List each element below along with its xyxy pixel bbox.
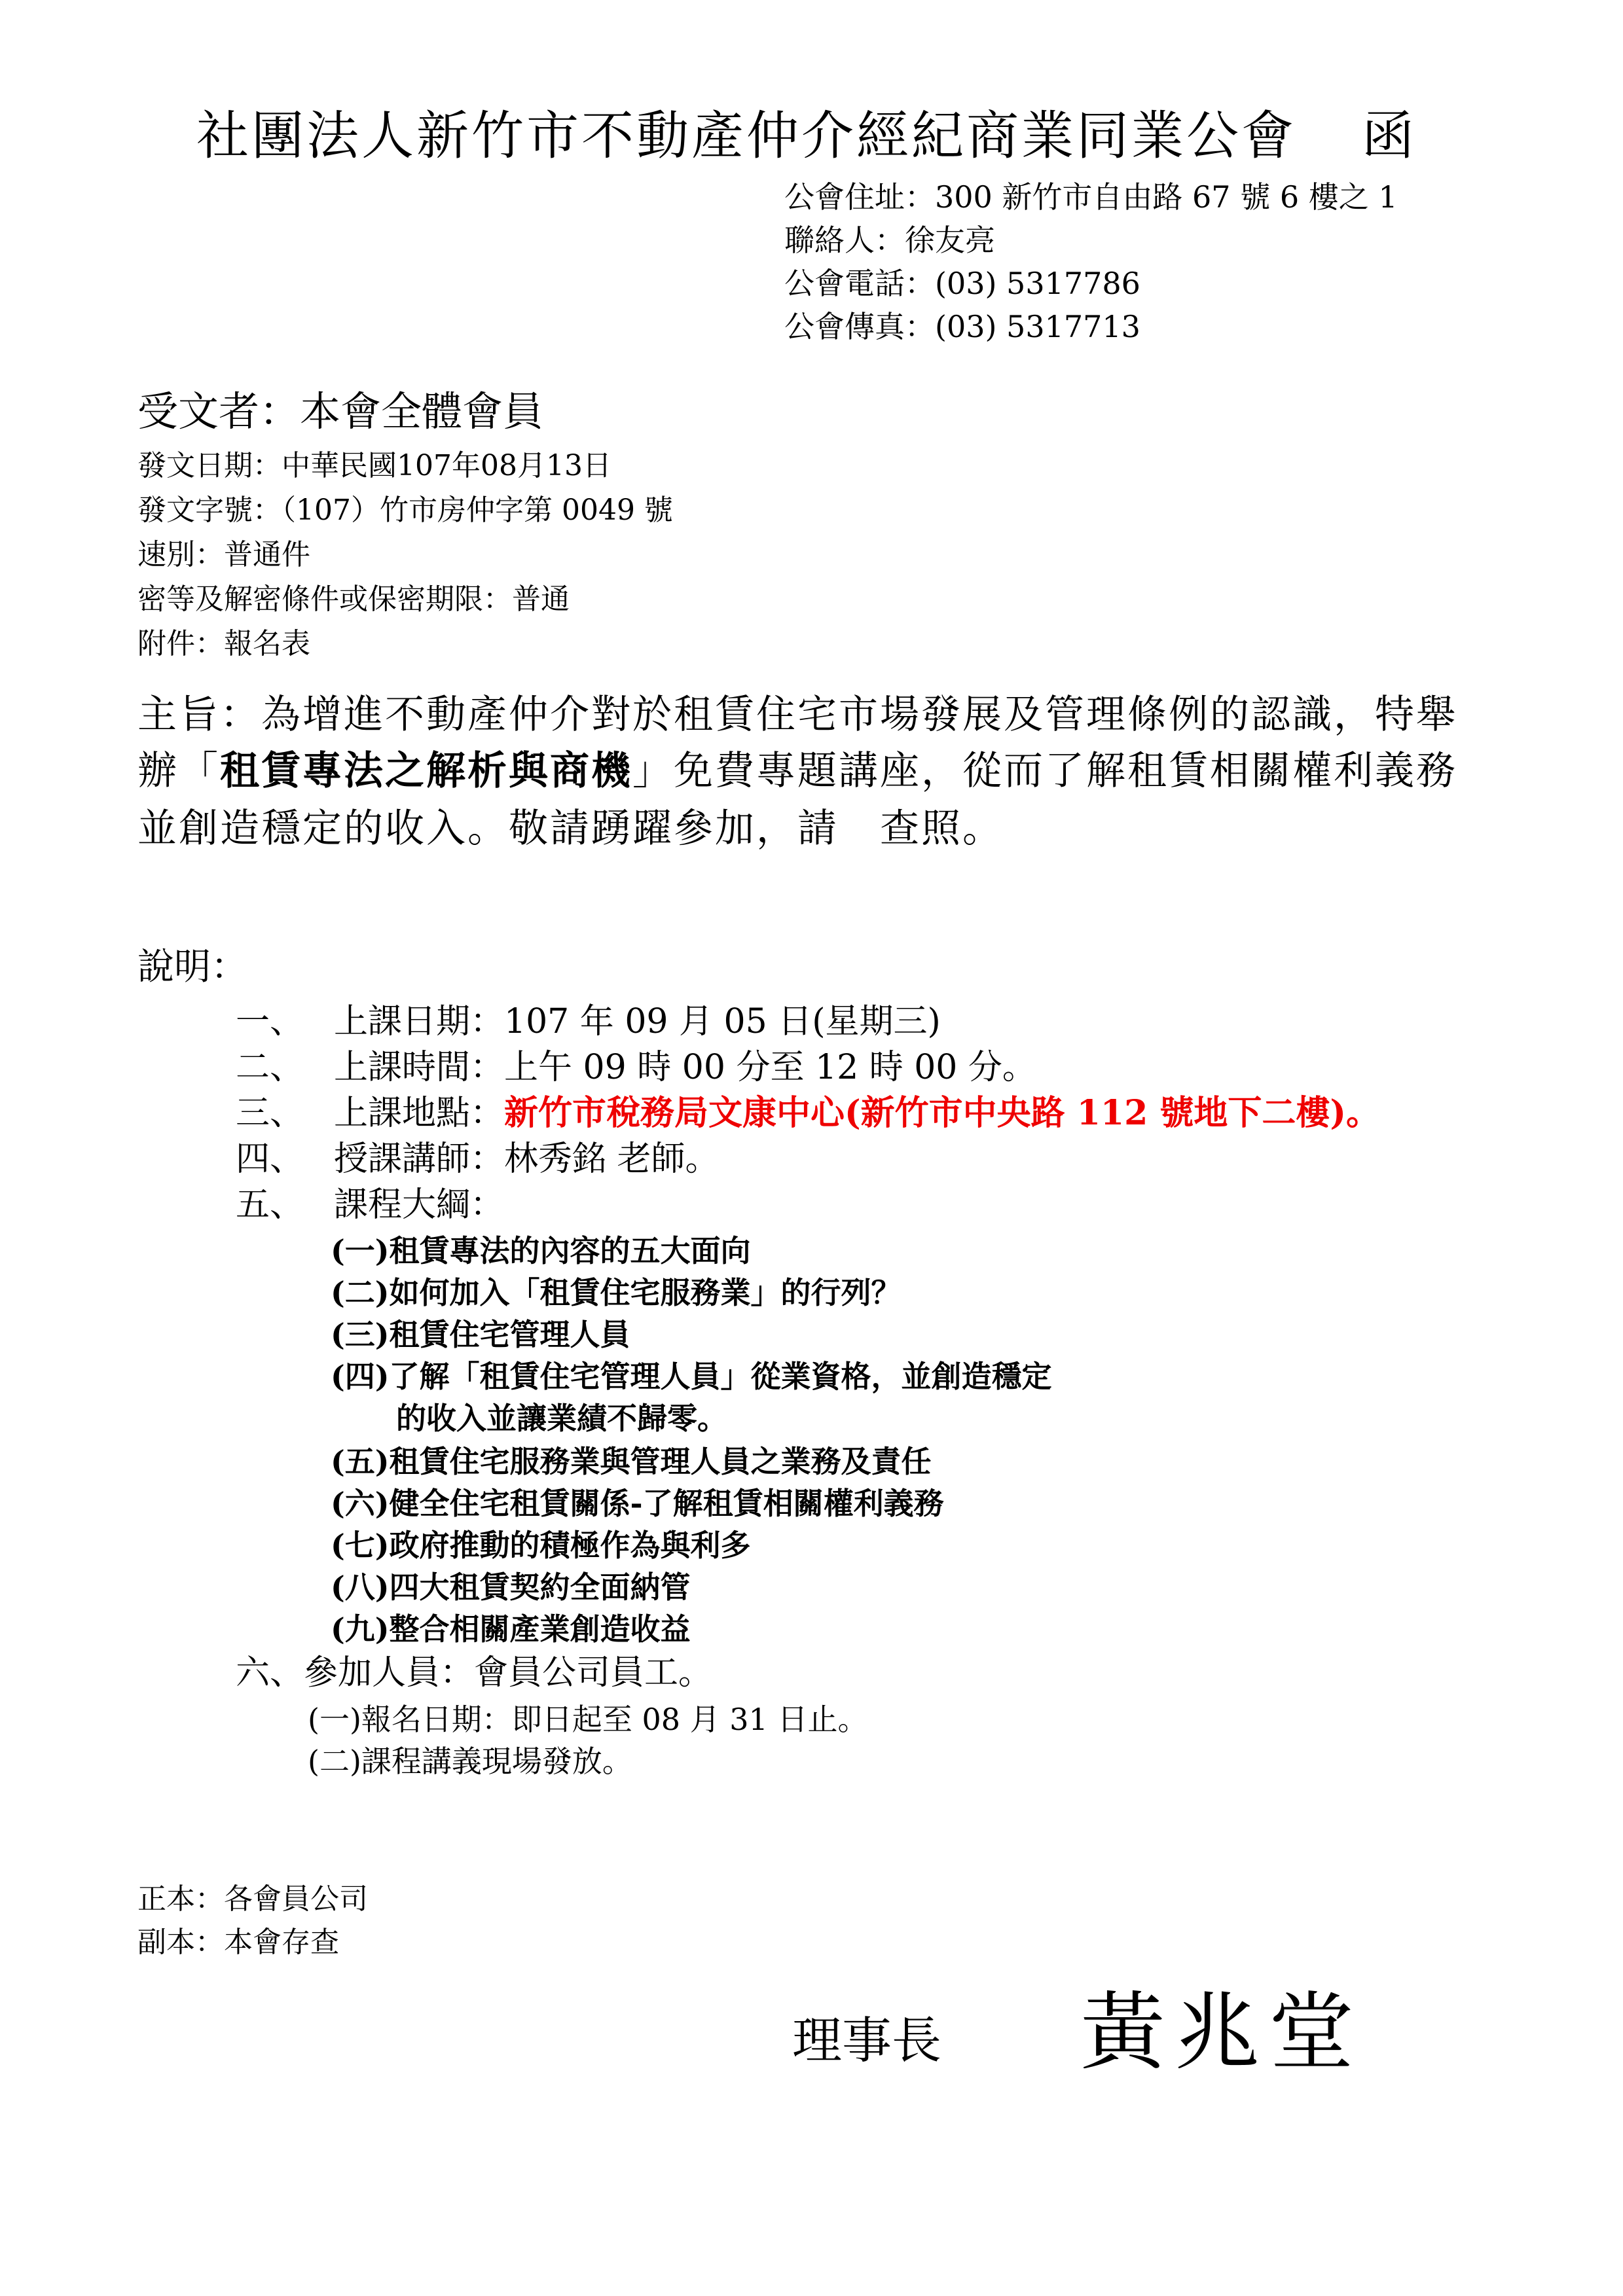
contact-fax: 公會傳真：(03) 5317713 [784,312,1140,342]
doc-type: 函 [1362,105,1417,166]
item-date: 一、上課日期：107 年 09 月 05 日(星期三) [236,1005,941,1039]
outline-item: (二)如何加入「租賃住宅服務業」的行列？ [331,1278,902,1308]
item-label: 上課時間： [334,1048,504,1087]
location-highlight: 新竹市稅務局文康中心(新竹市中央路 112 號地下二樓)。 [504,1093,1380,1133]
contact-person: 聯絡人：徐友亮 [784,225,995,255]
document-number: 發文字號：（107）竹市房仲字第 0049 號 [137,496,673,525]
signatory-title: 理事長 [792,2016,941,2066]
outline-item: (六)健全住宅租賃關係-了解租賃相關權利義務 [331,1488,944,1518]
outline-item: (五)租賃住宅服務業與管理人員之業務及責任 [331,1446,932,1477]
explanation-heading: 說明： [137,949,247,986]
attachment: 附件：報名表 [137,630,310,658]
issue-date: 發文日期：中華民國107年08月13日 [137,452,611,480]
item-value: 107 年 09 月 05 日(星期三) [504,1002,941,1041]
item-value: 林秀銘 老師。 [504,1139,720,1179]
subject-text: 辦「 [137,748,220,794]
item-number: 一、 [236,1005,334,1039]
item-time: 二、上課時間：上午 09 時 00 分至 12 時 00 分。 [236,1050,1036,1085]
contact-address: 公會住址：300 新竹市自由路 67 號 6 樓之 1 [784,182,1398,212]
urgency: 速別：普通件 [137,541,310,569]
classification: 密等及解密條件或保密期限：普通 [137,585,570,614]
subject-text: 」免費專題講座，從而了解租賃相關權利義務 [632,748,1457,794]
document-title: 社團法人新竹市不動產仲介經紀商業同業公會函 [196,110,1417,162]
recipient: 受文者：本會全體會員 [137,391,543,432]
original-recipient: 正本：各會員公司 [137,1885,368,1914]
org-name: 社團法人新竹市不動產仲介經紀商業同業公會 [196,105,1296,166]
item-outline: 五、課程大綱： [236,1188,504,1222]
registration-date: (一)報名日期：即日起至 08 月 31 日止。 [308,1704,867,1734]
item-instructor: 四、授課講師：林秀銘 老師。 [236,1142,720,1176]
handout-note: (二)課程講義現場發放。 [308,1746,632,1776]
outline-item: (四)了解「租賃住宅管理人員」從業資格，並創造穩定 [331,1361,1052,1391]
contact-phone: 公會電話：(03) 5317786 [784,268,1140,298]
item-label: 授課講師： [334,1139,504,1179]
item-number: 三、 [236,1096,334,1130]
item-label: 課程大綱： [334,1185,504,1225]
outline-item: (三)租賃住宅管理人員 [331,1319,630,1350]
item-number: 二、 [236,1050,334,1085]
outline-item: (九)整合相關產業創造收益 [331,1614,691,1644]
item-label: 上課地點： [334,1094,504,1133]
subject-line-2: 辦「租賃專法之解析與商機」免費專題講座，從而了解租賃相關權利義務 [137,751,1457,791]
seminar-title: 租賃專法之解析與商機 [220,748,632,794]
item-number: 五、 [236,1188,334,1222]
signatory-name: 黃兆堂 [1080,1990,1363,2075]
item-number: 四、 [236,1142,334,1176]
item-location: 三、上課地點：新竹市稅務局文康中心(新竹市中央路 112 號地下二樓)。 [236,1096,1380,1130]
participants: 六、參加人員：會員公司員工。 [236,1656,712,1690]
item-value: 上午 09 時 00 分至 12 時 00 分。 [504,1048,1036,1087]
subject-line-1: 主旨：為增進不動產仲介對於租賃住宅市場發展及管理條例的認識，特舉 [137,695,1457,734]
outline-item: (七)政府推動的積極作為與利多 [331,1530,751,1560]
copy-recipient: 副本：本會存查 [137,1928,339,1957]
outline-item: (八)四大租賃契約全面納管 [331,1572,691,1602]
subject-line-3: 並創造穩定的收入。敬請踴躍參加，請 查照。 [137,809,1004,848]
outline-item-continued: 的收入並讓業績不歸零。 [396,1403,727,1433]
outline-item: (一)租賃專法的內容的五大面向 [331,1236,751,1266]
item-label: 上課日期： [334,1002,504,1041]
